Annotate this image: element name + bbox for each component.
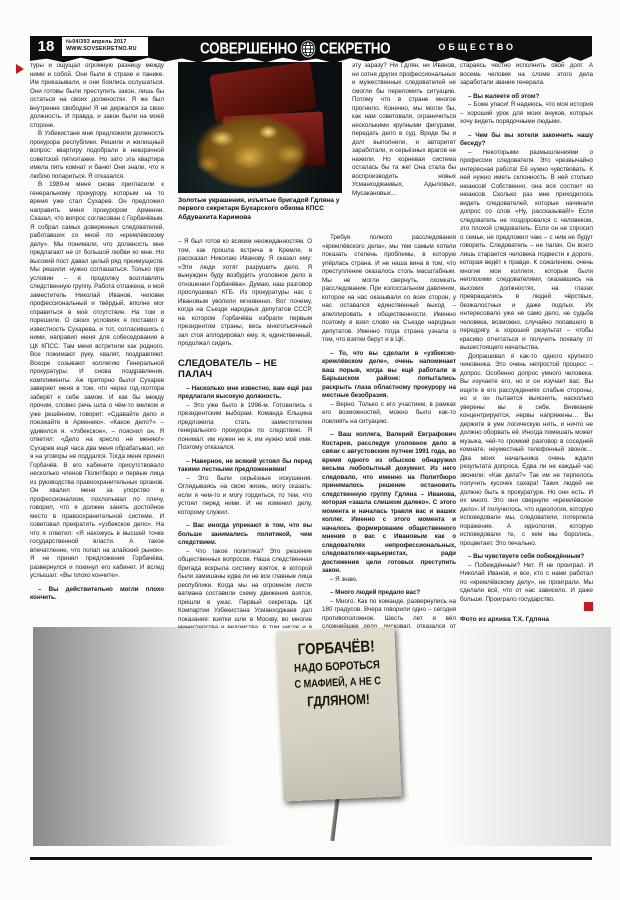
paragraph: туры и ощущал огромную разницу между ним… bbox=[30, 62, 164, 130]
paragraph: эту заразу? Ни Гдлян, ни Иванов, ни сотн… bbox=[352, 62, 456, 198]
gold-photo-caption: Золотые украшения, изъятые бригадой Гдля… bbox=[178, 197, 342, 222]
paragraph: – Я знаю. bbox=[322, 576, 456, 585]
issue-number: №04/393 апрель 2017 bbox=[66, 39, 144, 46]
placard-stick bbox=[330, 795, 340, 841]
paragraph: – Вы чувствуете себя побеждённым? bbox=[460, 553, 593, 562]
paragraph: – Вы действительно могли плохо кончить. bbox=[30, 586, 164, 603]
masthead-word-right: СЕКРЕТНО bbox=[319, 36, 390, 62]
paragraph: В Узбекистане мне предложили должность п… bbox=[30, 130, 164, 181]
paragraph: – Наверное, не всякий устоял бы перед та… bbox=[178, 458, 312, 475]
paragraph: – Боже упаси! Я надеюсь, что моя история… bbox=[460, 101, 593, 127]
paragraph: Требуя полного расследования «кремлёвско… bbox=[322, 234, 456, 345]
paragraph: – Много. Как по команде, развернулись на… bbox=[322, 598, 456, 629]
column-4: стараясь честно исполнить свой долг. А в… bbox=[460, 62, 593, 602]
end-of-article-marker bbox=[584, 602, 593, 611]
subheading: СЛЕДОВАТЕЛЬ – НЕ ПАЛАЧ bbox=[178, 358, 312, 380]
column-3: Требуя полного расследования «кремлёвско… bbox=[322, 234, 456, 628]
masthead-logo: СОВЕРШЕННО СЕКРЕТНО bbox=[200, 36, 390, 62]
paragraph: – Я был готов ко всяким неожиданностям. … bbox=[178, 238, 312, 349]
paragraph: – Вы жалеете об этом? bbox=[460, 93, 593, 102]
page-number: 18 bbox=[30, 36, 62, 58]
masthead-word-left: СОВЕРШЕННО bbox=[200, 36, 297, 62]
protest-placard: ГОРБАЧЁВ!НАДО БОРОТЬСЯС МАФИЕЙ, А НЕ СГД… bbox=[276, 627, 401, 801]
paragraph: – Верно. Только с его участием, в рамках… bbox=[322, 401, 456, 427]
paragraph: – Насколько мне известно, вам ещё раз пр… bbox=[178, 385, 312, 402]
bottom-rule bbox=[30, 857, 592, 860]
paragraph: – Некоторыми размышлениями о профессии с… bbox=[460, 149, 593, 353]
paragraph: – Это были серьёзные искушения. Оглядыва… bbox=[178, 475, 312, 518]
paragraph: стараясь честно исполнить свой долг. А в… bbox=[460, 62, 593, 88]
paragraph: Допрашивал я как-то одного крупного чино… bbox=[460, 353, 593, 549]
continuation-arrow-icon bbox=[16, 64, 24, 74]
paragraph: В 1989-м меня снова пригласили к генерал… bbox=[30, 181, 164, 581]
paragraph: – Это уже было в 1996-м. Готовились к пр… bbox=[178, 402, 312, 453]
gold-jewelry-photo bbox=[178, 62, 342, 193]
column-2: – Я был готов ко всяким неожиданностям. … bbox=[178, 238, 312, 628]
protest-crowd-photo: ГОРБАЧЁВ!НАДО БОРОТЬСЯС МАФИЕЙ, А НЕ СГД… bbox=[33, 627, 611, 846]
paragraph: – Побеждённым? Нет. Я не проиграл. И Ник… bbox=[460, 562, 593, 603]
website-url[interactable]: WWW.SOVSEKRETNO.RU bbox=[66, 46, 144, 53]
header-bar: 18 №04/393 апрель 2017 WWW.SOVSEKRETNO.R… bbox=[30, 36, 592, 63]
paragraph: – Что такое политика? Это решение общест… bbox=[178, 548, 312, 629]
column-1: туры и ощущал огромную разницу между ним… bbox=[30, 62, 164, 628]
paragraph: – Много людей предало вас? bbox=[322, 589, 456, 598]
paragraph: – Чем бы вы хотели закончить нашу беседу… bbox=[460, 132, 593, 149]
newspaper-page: 18 №04/393 апрель 2017 WWW.SOVSEKRETNO.R… bbox=[0, 0, 620, 900]
issue-box: №04/393 апрель 2017 WWW.SOVSEKRETNO.RU bbox=[62, 37, 148, 56]
gold-heap-image bbox=[184, 108, 320, 188]
placard-line: ГДЛЯНОМ! bbox=[288, 689, 388, 712]
masthead-globe-icon bbox=[300, 40, 316, 59]
section-label: ОБЩЕСТВО bbox=[438, 36, 516, 58]
photo-credit: Фото из архива Т.Х. Гдляна bbox=[460, 616, 593, 623]
paragraph: – Вас иногда упрекают в том, что вы боль… bbox=[178, 522, 312, 548]
paragraph: – Ваш коллега, Валерий Евграфович Костар… bbox=[322, 431, 456, 576]
paragraph: – То, что вы сделали в «узбекско-кремлёв… bbox=[322, 350, 456, 401]
column-2-bottom-paragraphs: – Насколько мне известно, вам ещё раз пр… bbox=[178, 385, 312, 629]
column-3-narrow-top: эту заразу? Ни Гдлян, ни Иванов, ни сотн… bbox=[352, 62, 456, 232]
column-2-top-paragraphs: – Я был готов ко всяким неожиданностям. … bbox=[178, 238, 312, 349]
